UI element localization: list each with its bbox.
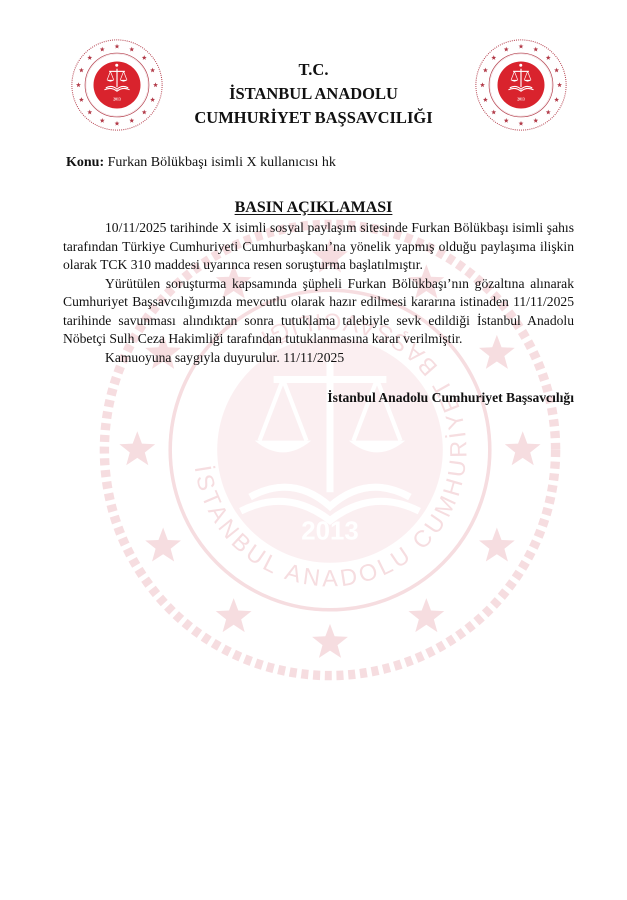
letterhead: T.C. İSTANBUL ANADOLU CUMHURİYET BAŞSAVC… — [0, 58, 627, 130]
svg-text:2013: 2013 — [301, 517, 358, 545]
subject-text: Furkan Bölükbaşı isimli X kullanıcısı hk — [108, 155, 336, 170]
letterhead-line-office: İSTANBUL ANADOLU — [0, 82, 627, 106]
document-body: 10/11/2025 tarihinde X isimli sosyal pay… — [63, 219, 574, 367]
signature: İstanbul Anadolu Cumhuriyet Başsavcılığı — [327, 390, 574, 406]
body-paragraph: Yürütülen soruşturma kapsamında şüpheli … — [63, 275, 574, 349]
body-paragraph: 10/11/2025 tarihinde X isimli sosyal pay… — [63, 219, 574, 275]
letterhead-line-tc: T.C. — [0, 58, 627, 82]
closing-line: Kamuoyuna saygıyla duyurulur. 11/11/2025 — [63, 349, 574, 368]
subject-label: Konu: — [66, 155, 104, 170]
document-title: BASIN AÇIKLAMASI — [0, 199, 627, 217]
letterhead-line-institution: CUMHURİYET BAŞSAVCILIĞI — [0, 106, 627, 130]
subject-line: Konu: Furkan Bölükbaşı isimli X kullanıc… — [66, 155, 336, 171]
